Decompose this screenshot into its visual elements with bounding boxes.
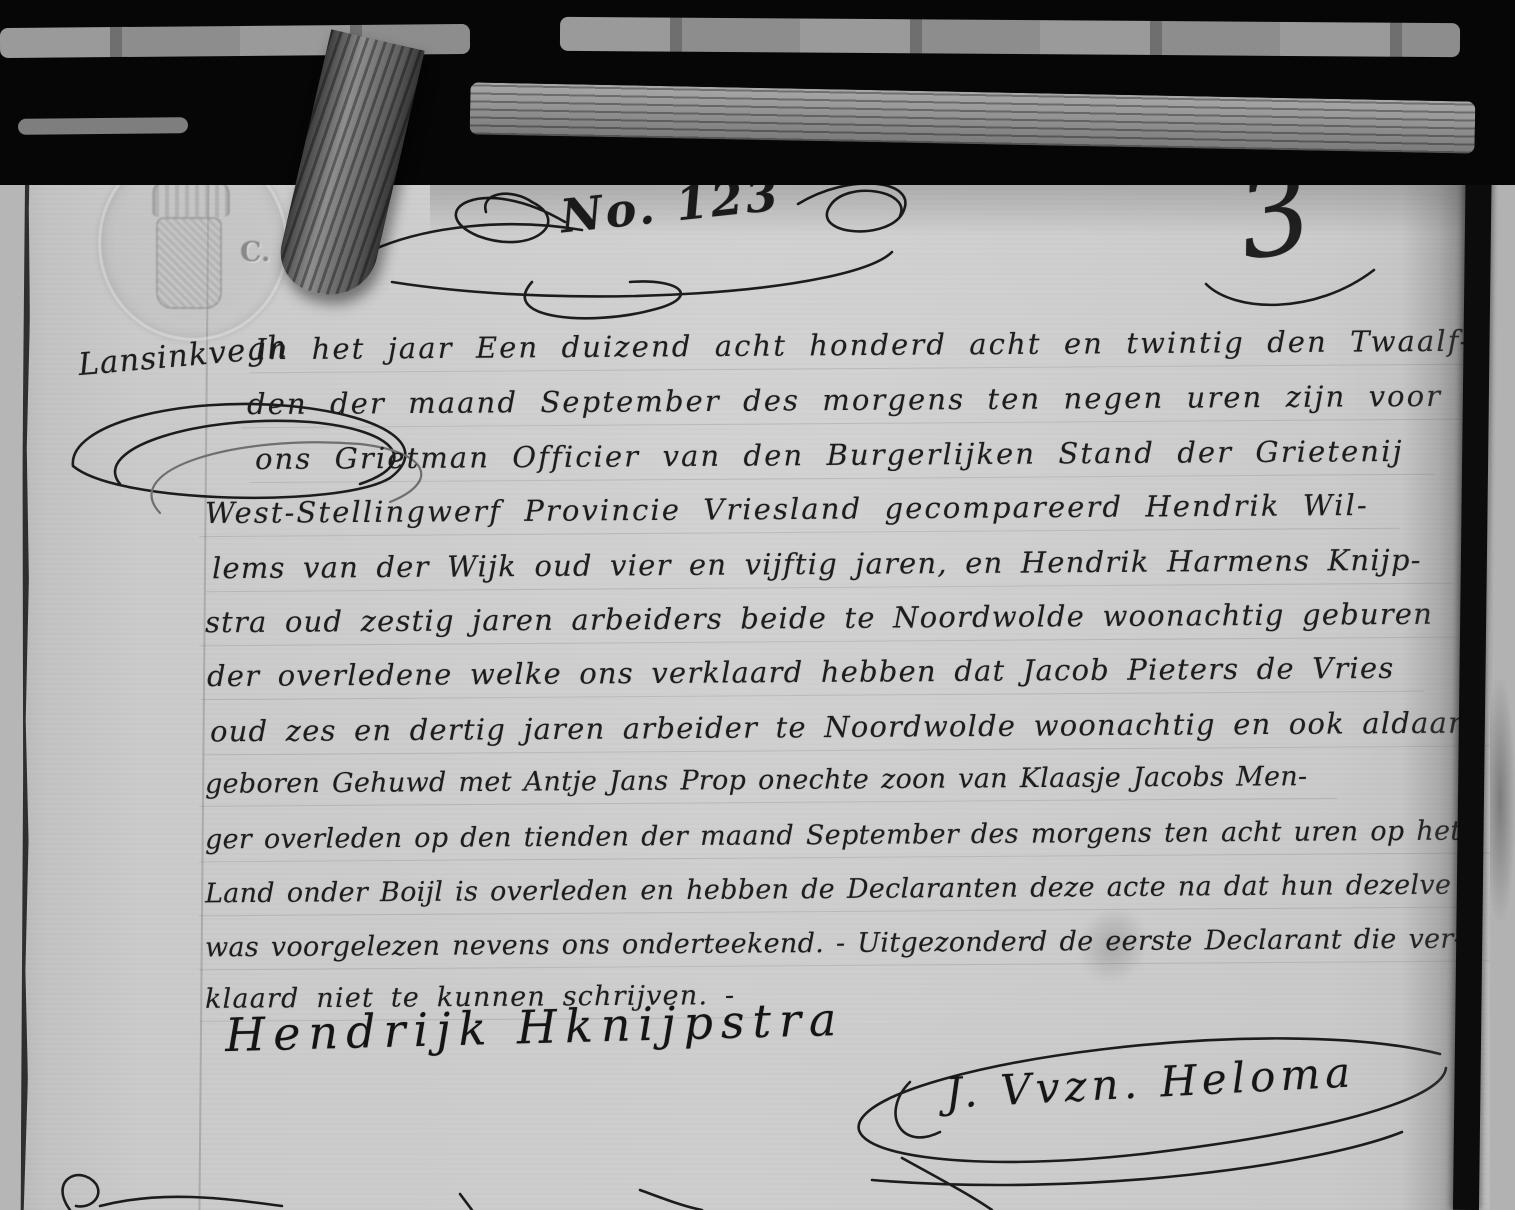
- act-text-line: den der maand September des morgens ten …: [247, 379, 1442, 421]
- act-text-line: was voorgelezen nevens ons onderteekend.…: [205, 924, 1463, 964]
- act-text-line: oud zes en dertig jaren arbeider te Noor…: [210, 706, 1463, 749]
- next-record-fragment: [40, 1140, 1000, 1210]
- act-text-line: Land onder Boijl is overleden en hebben …: [205, 870, 1451, 910]
- page-stack-edge: [560, 17, 1460, 57]
- act-text-line: geboren Gehuwd met Antje Jans Prop onech…: [205, 761, 1308, 800]
- act-text-line: In het jaar Een duizend acht honderd ach…: [255, 324, 1472, 366]
- page-edge-left: [0, 122, 24, 1210]
- act-text-line: stra oud zestig jaren arbeiders beide te…: [205, 597, 1433, 640]
- seal-denomination: C.: [240, 237, 270, 268]
- page-stack-edge: [18, 117, 188, 135]
- book-binding-top: [0, 0, 1515, 185]
- act-text-line: der overledene welke ons verklaard hebbe…: [207, 651, 1395, 693]
- page-stack-edge: [470, 82, 1476, 153]
- act-text-line: lems van der Wijk oud vier en vijftig ja…: [212, 543, 1422, 585]
- act-text-line: ger overleden op den tienden der maand S…: [205, 816, 1462, 856]
- adjacent-page-edge: [1490, 140, 1515, 1210]
- act-text-line: ons Grietman Officier van den Burgerlijk…: [255, 434, 1404, 476]
- seal-shield-icon: [156, 217, 222, 309]
- act-text-line: West-Stellingwerf Provincie Vriesland ge…: [205, 488, 1369, 530]
